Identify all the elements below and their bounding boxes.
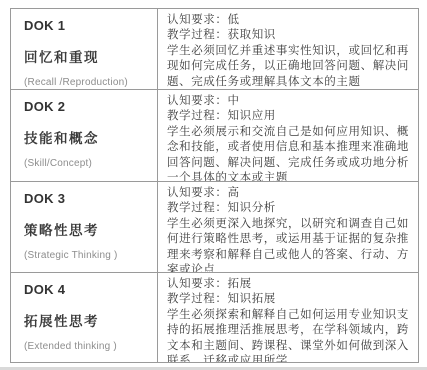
dok2-title-cn: 技能和概念 [24,127,149,147]
dok2-level-cell: DOK 2 技能和概念 (Skill/Concept) [11,89,157,181]
dok3-cognitive: 认知要求：高 [167,186,412,201]
dok3-level-cell: DOK 3 策略性思考 (Strategic Thinking ) [11,181,157,272]
dok-table: DOK 1 回忆和重现 (Recall /Reproduction) 认知要求：… [10,8,419,363]
dok4-level-cell: DOK 4 拓展性思考 (Extended thinking ) [11,272,157,362]
dok1-title-en: (Recall /Reproduction) [24,77,149,88]
dok3-detail-cell: 认知要求：高 教学过程：知识分析 学生必须更深入地探究，以研究和调查自己如何进行… [157,181,418,272]
dok1-detail-cell: 认知要求：低 教学过程：获取知识 学生必须回忆并重述事实性知识，或回忆和再现如何… [157,9,418,89]
dok4-cognitive: 认知要求：拓展 [167,277,412,292]
dok2-label: DOK 2 [24,99,149,114]
dok2-process: 教学过程：知识应用 [167,109,412,124]
dok2-detail-cell: 认知要求：中 教学过程：知识应用 学生必须展示和交流自己是如何应用知识、概念和技… [157,89,418,181]
dok3-description: 学生必须更深入地探究，以研究和调查自己如何进行策略性思考，或运用基于证据的复杂推… [167,217,412,272]
dok1-level-cell: DOK 1 回忆和重现 (Recall /Reproduction) [11,9,157,89]
dok2-title-en: (Skill/Concept) [24,158,149,169]
dok4-title-en: (Extended thinking ) [24,341,149,352]
dok4-description: 学生必须探索和解释自己如何运用专业知识支持的拓展推理活推展思考，在学科领域内，跨… [167,308,412,362]
dok4-process: 教学过程：知识拓展 [167,292,412,307]
dok3-title-en: (Strategic Thinking ) [24,250,149,261]
dok3-title-cn: 策略性思考 [24,219,149,239]
dok4-detail-cell: 认知要求：拓展 教学过程：知识拓展 学生必须探索和解释自己如何运用专业知识支持的… [157,272,418,362]
dok3-process: 教学过程：知识分析 [167,201,412,216]
dok2-cognitive: 认知要求：中 [167,94,412,109]
dok4-title-cn: 拓展性思考 [24,310,149,330]
dok1-description: 学生必须回忆并重述事实性知识，或回忆和再现如何完成任务，以正确地回答问题、解决问… [167,44,412,89]
dok1-title-cn: 回忆和重现 [24,46,149,66]
dok1-cognitive: 认知要求：低 [167,13,412,28]
dok2-description: 学生必须展示和交流自己是如何应用知识、概念和技能，或者使用信息和基本推理来准确地… [167,125,412,181]
dok1-process: 教学过程：获取知识 [167,28,412,43]
page: DOK 1 回忆和重现 (Recall /Reproduction) 认知要求：… [0,0,427,370]
dok1-label: DOK 1 [24,18,149,33]
dok3-label: DOK 3 [24,191,149,206]
dok4-label: DOK 4 [24,282,149,297]
